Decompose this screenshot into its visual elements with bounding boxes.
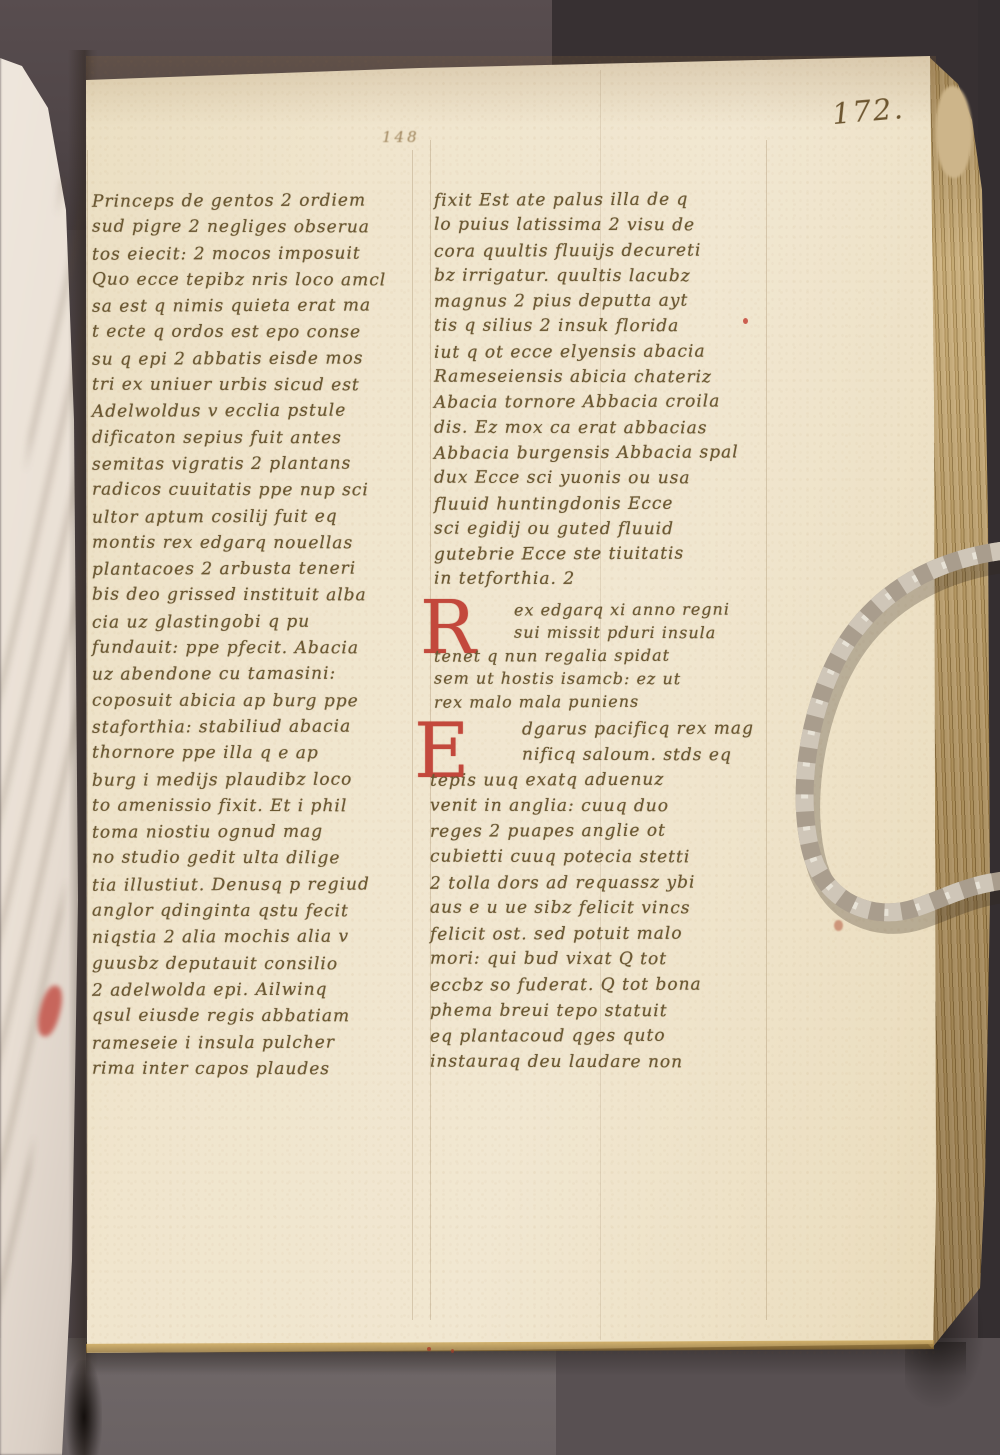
manuscript-text-line: Adelwoldus v ecclia pstule bbox=[92, 398, 414, 426]
manuscript-text-line: Abbacia burgensis Abbacia spal bbox=[434, 440, 764, 467]
ruling-line-right bbox=[766, 140, 767, 1320]
manuscript-text-line: eccbz so fuderat. Q tot bona bbox=[430, 972, 764, 999]
manuscript-text-line: tenet q nun regalia spidat bbox=[434, 643, 764, 667]
manuscript-text-line: cubietti cuuq potecia stetti bbox=[430, 845, 764, 871]
manuscript-text-line: coposuit abicia ap burg ppe bbox=[92, 687, 414, 714]
right-text-column-block2: ex edgarq xi anno regnisui missit pduri … bbox=[434, 598, 764, 713]
manuscript-text-line: aus e u ue sibz felicit vincs bbox=[430, 896, 764, 922]
manuscript-text-line: felicit ost. sed potuit malo bbox=[430, 921, 764, 948]
bookmark-cord bbox=[768, 498, 1000, 958]
bookmark-shadow bbox=[810, 561, 1000, 923]
manuscript-text-line: magnus 2 pius deputta ayt bbox=[434, 288, 764, 315]
manuscript-text-line: Abacia tornore Abbacia croila bbox=[434, 390, 764, 417]
manuscript-text-line: dgarus pacificq rex mag bbox=[522, 716, 764, 743]
manuscript-text-line: thornore ppe illa q e ap bbox=[92, 740, 414, 767]
manuscript-text-line: rameseie i insula pulcher bbox=[92, 1029, 414, 1057]
manuscript-text-line: uz abendone cu tamasini: bbox=[92, 661, 414, 689]
manuscript-text-line: nificq saloum. stds eq bbox=[522, 742, 764, 768]
manuscript-text-line: sem ut hostis isamcb: ez ut bbox=[434, 667, 764, 691]
manuscript-text-line: bis deo grissed instituit alba bbox=[92, 582, 414, 609]
manuscript-text-line: gutebrie Ecce ste tiuitatis bbox=[434, 541, 764, 568]
page-top-shading bbox=[86, 56, 936, 126]
manuscript-text-line: t ecte q ordos est epo conse bbox=[92, 319, 414, 346]
manuscript-text-line: cora quultis fluuijs decureti bbox=[434, 238, 764, 265]
manuscript-text-line: to amenissio fixit. Et i phil bbox=[92, 792, 414, 819]
manuscript-text-line: rex malo mala puniens bbox=[434, 689, 764, 713]
manuscript-text-line: anglor qdinginta qstu fecit bbox=[92, 898, 414, 925]
manuscript-text-line: radicos cuuitatis ppe nup sci bbox=[92, 477, 414, 504]
manuscript-text-line: sa est q nimis quieta erat ma bbox=[92, 292, 414, 320]
left-text-column: Princeps de gentos 2 ordiemsud pigre 2 n… bbox=[92, 188, 414, 1082]
manuscript-text-line: dis. Ez mox ca erat abbacias bbox=[434, 415, 764, 441]
page-number: 172. bbox=[831, 91, 906, 131]
right-text-column-block1: fixit Est ate palus illa de qlo puius la… bbox=[434, 188, 764, 593]
manuscript-text-line: montis rex edgarq nouellas bbox=[92, 529, 414, 556]
manuscript-text-line: rima inter capos plaudes bbox=[92, 1055, 414, 1082]
manuscript-text-line: dificaton sepius fuit antes bbox=[92, 424, 414, 451]
manuscript-text-line: sud pigre 2 negliges obserua bbox=[92, 214, 414, 241]
manuscript-text-line: su q epi 2 abbatis eisde mos bbox=[92, 345, 414, 373]
red-ink-mark bbox=[743, 318, 748, 324]
gutter-bottom-shadow bbox=[66, 1360, 102, 1455]
fore-edge-frayed-tab bbox=[936, 86, 972, 178]
manuscript-text-line: burg i medijs plaudibz loco bbox=[92, 766, 414, 794]
manuscript-text-line: bz irrigatur. quultis lacubz bbox=[434, 263, 764, 289]
manuscript-text-line: Rameseiensis abicia chateriz bbox=[434, 365, 764, 391]
manuscript-text-line: guusbz deputauit consilio bbox=[92, 950, 414, 977]
manuscript-text-line: fluuid huntingdonis Ecce bbox=[434, 491, 764, 518]
manuscript-text-line: fundauit: ppe pfecit. Abacia bbox=[92, 635, 414, 662]
manuscript-text-line: tia illustiut. Denusq p regiud bbox=[92, 871, 414, 899]
manuscript-text-line: semitas vigratis 2 plantans bbox=[92, 450, 414, 478]
manuscript-text-line: sui missit pduri insula bbox=[514, 621, 764, 645]
manuscript-text-line: Quo ecce tepibz nris loco amcl bbox=[92, 266, 414, 293]
manuscript-text-line: tis q silius 2 insuk florida bbox=[434, 314, 764, 340]
ruling-line-left bbox=[87, 150, 88, 1320]
manuscript-text-line: in tetforthia. 2 bbox=[434, 567, 764, 593]
manuscript-text-line: tos eiecit: 2 mocos imposuit bbox=[92, 240, 414, 268]
manuscript-photo-scene: 172. 148 Princeps de gentos 2 ordiemsud … bbox=[0, 0, 1000, 1455]
manuscript-text-line: mori: qui bud vixat Q tot bbox=[430, 947, 764, 973]
manuscript-text-line: venit in anglia: cuuq duo bbox=[430, 793, 764, 819]
manuscript-text-line: dux Ecce sci yuonis ou usa bbox=[434, 466, 764, 492]
manuscript-text-line: fixit Est ate palus illa de q bbox=[434, 187, 764, 214]
manuscript-text-line: ex edgarq xi anno regni bbox=[514, 597, 764, 621]
manuscript-text-line: Princeps de gentos 2 ordiem bbox=[92, 187, 414, 215]
manuscript-text-line: iut q ot ecce elyensis abacia bbox=[434, 339, 764, 366]
manuscript-text-line: reges 2 puapes anglie ot bbox=[430, 819, 764, 846]
manuscript-text-line: staforthia: stabiliud abacia bbox=[92, 713, 414, 741]
leaf-number: 148 bbox=[382, 128, 420, 146]
manuscript-text-line: qsul eiusde regis abbatiam bbox=[92, 1003, 414, 1030]
manuscript-text-line: ultor aptum cosilij fuit eq bbox=[92, 503, 414, 531]
red-speck bbox=[451, 1349, 454, 1353]
manuscript-text-line: eq plantacoud qges quto bbox=[430, 1023, 764, 1050]
manuscript-text-line: instauraq deu laudare non bbox=[430, 1049, 764, 1075]
manuscript-text-line: tepis uuq exatq aduenuz bbox=[430, 767, 764, 794]
manuscript-text-line: cia uz glastingobi q pu bbox=[92, 608, 414, 636]
manuscript-text-line: 2 tolla dors ad requassz ybi bbox=[430, 870, 764, 897]
red-speck bbox=[427, 1347, 431, 1351]
manuscript-text-line: niqstia 2 alia mochis alia v bbox=[92, 924, 414, 952]
manuscript-text-line: sci egidij ou guted fluuid bbox=[434, 516, 764, 542]
manuscript-text-line: lo puius latissima 2 visu de bbox=[434, 213, 764, 239]
manuscript-text-line: no studio gedit ulta dilige bbox=[92, 845, 414, 872]
manuscript-text-line: 2 adelwolda epi. Ailwinq bbox=[92, 976, 414, 1004]
manuscript-text-line: plantacoes 2 arbusta teneri bbox=[92, 555, 414, 583]
manuscript-text-line: phema breui tepo statuit bbox=[430, 998, 764, 1024]
manuscript-text-line: toma niostiu ognud mag bbox=[92, 818, 414, 846]
manuscript-text-line: tri ex uniuer urbis sicud est bbox=[92, 372, 414, 399]
right-text-column-block3: dgarus pacificq rex magnificq saloum. st… bbox=[430, 717, 764, 1075]
